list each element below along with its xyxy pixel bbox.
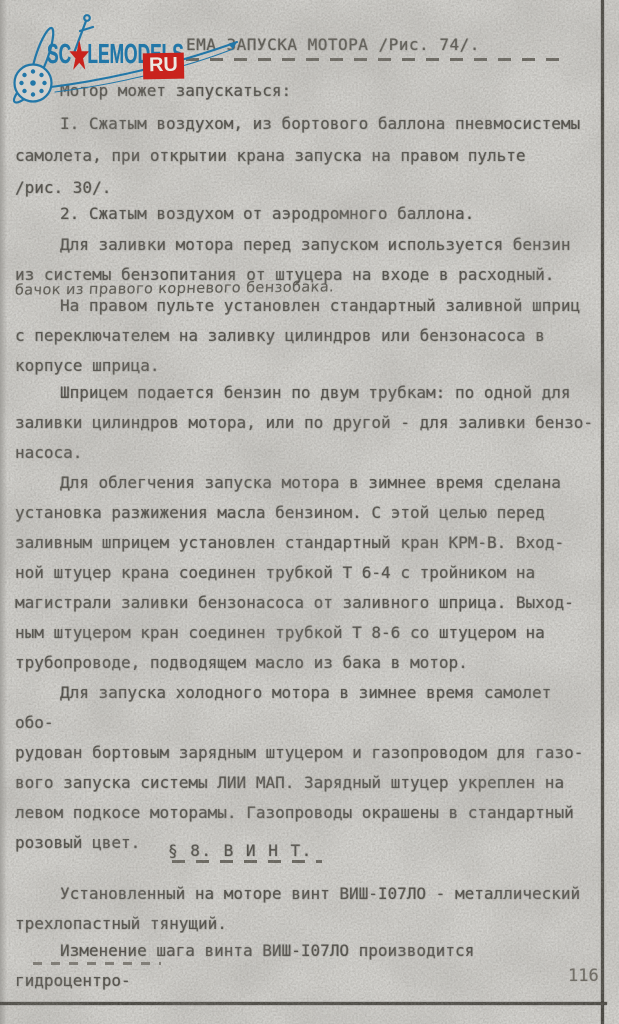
paragraph-propeller: Установленный на моторе винт ВИШ-I07ЛО -… bbox=[15, 879, 593, 939]
paragraph-item-2: 2. Сжатым воздухом от аэродромного балло… bbox=[15, 199, 593, 229]
paragraph-cold-start: Для запуска холодного мотора в зимнее вр… bbox=[15, 678, 593, 858]
paragraph-last-cutoff: Изменение шага винта ВИШ-I07ЛО производи… bbox=[15, 936, 593, 996]
scanned-manual-page: ЕМА ЗАПУСКА МОТОРА /Рис. 74/. Мотор може… bbox=[0, 0, 619, 1024]
ru-badge: RU bbox=[143, 53, 184, 80]
paragraph-tubes: Шприцем подается бензин по двум трубкам:… bbox=[15, 378, 593, 468]
page-border-bottom bbox=[0, 1002, 607, 1005]
continuation-dashes bbox=[33, 962, 161, 965]
page-number: 116 bbox=[568, 966, 599, 986]
section-8-underline bbox=[172, 860, 322, 863]
scan-edge-shadow bbox=[0, 0, 7, 1024]
page-border-right bbox=[601, 0, 604, 1024]
paragraph-syringe: На правом пульте установлен стандартный … bbox=[15, 291, 593, 381]
red-star-icon: ★ bbox=[69, 35, 89, 76]
paragraph-winter-dilution: Для облегчения запуска мотора в зимнее в… bbox=[15, 468, 593, 678]
brand-sc: SC bbox=[47, 38, 71, 69]
watermark-logo: SC★LEMODELS RU bbox=[5, 8, 251, 130]
